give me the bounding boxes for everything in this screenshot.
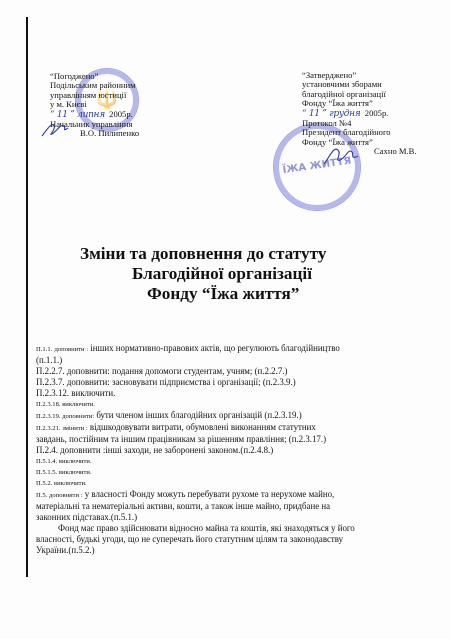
amendment-item-continuation: матеріальні та нематеріальні активи, кош… xyxy=(36,501,436,512)
amendment-item-continuation: законних підставах.(п.5.1.) xyxy=(36,512,436,523)
amendment-item: П.1.1. доповнити : інших нормативно-прав… xyxy=(36,343,436,355)
amendment-item-continuation: України.(п.5.2.) xyxy=(36,545,436,556)
title-line-2: Благодійної організації xyxy=(132,264,312,284)
amendment-paragraph: Фонд має право здійснювати відносно майн… xyxy=(36,523,436,534)
amendment-item-continuation: власності, будькі угоди, що не суперечат… xyxy=(36,534,436,545)
amendment-item: П.5. доповнити : у власності Фонду можут… xyxy=(36,489,436,501)
amendment-item: П.2.3.18. виключити. xyxy=(36,399,436,410)
title-line-1: Зміни та доповнення до статуту xyxy=(80,244,326,264)
right-signature-icon xyxy=(320,138,360,168)
amendment-item: П.2.3.12. виключити. xyxy=(36,388,436,399)
amendment-item: П.5.1.5. виключити. xyxy=(36,467,436,478)
amendment-item-continuation: завдань, постійним та іншим працівникам … xyxy=(36,434,436,445)
title-line-3: Фонду “Їжа життя” xyxy=(147,284,299,304)
amendments-list: П.1.1. доповнити : інших нормативно-прав… xyxy=(36,343,436,556)
amendment-item: П.2.3.21. змінити : відшкодовувати витра… xyxy=(36,422,436,434)
scan-page-edge xyxy=(26,17,28,577)
amendment-item: П.2.4. доповнити :інші заходи, не заборо… xyxy=(36,445,436,456)
left-signature-icon xyxy=(40,118,70,140)
amendment-item: П.2.3.7. доповнити: засновувати підприєм… xyxy=(36,377,436,388)
amendment-item: П.2.2.7. доповнити: подання допомоги сту… xyxy=(36,366,436,377)
amendment-item: П.5.1.4. виключити. xyxy=(36,456,436,467)
amendment-item-continuation: (п.1.1.) xyxy=(36,355,436,366)
amendment-item: П.5.2. виключити. xyxy=(36,478,436,489)
amendment-item: П.2.3.19. доповнити: бути членом інших б… xyxy=(36,410,436,422)
